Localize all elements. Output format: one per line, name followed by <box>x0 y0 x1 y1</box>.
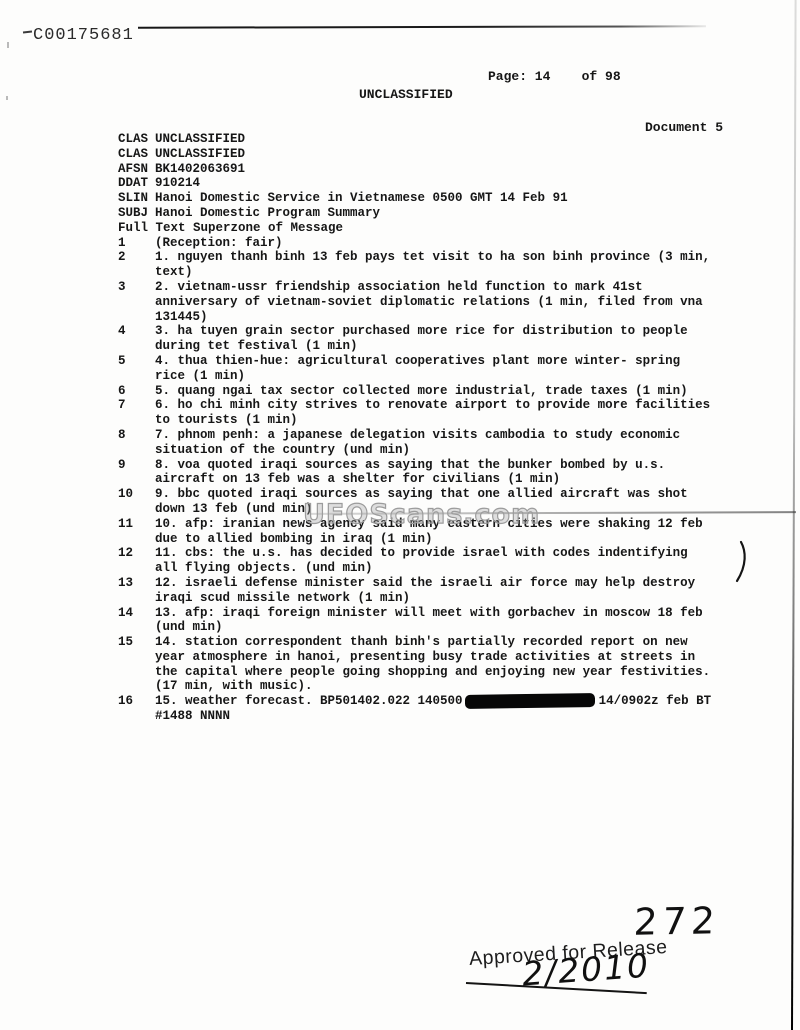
field-row: DDAT 910214 <box>118 176 718 191</box>
item-text: 13. afp: iraqi foreign minister will mee… <box>155 606 718 636</box>
scan-speck <box>7 42 9 48</box>
classification-label: UNCLASSIFIED <box>359 87 453 102</box>
field-label: CLAS <box>118 147 155 162</box>
superzone-item: 15 14. station correspondent thanh binh'… <box>118 635 718 694</box>
item-number: 2 <box>118 250 155 280</box>
item-number: 11 <box>118 517 155 547</box>
field-value: Hanoi Domestic Program Summary <box>155 206 718 221</box>
item-text: 11. cbs: the u.s. has decided to provide… <box>155 546 718 576</box>
field-value: Hanoi Domestic Service in Vietnamese 050… <box>155 191 718 206</box>
superzone-item: 2 1. nguyen thanh binh 13 feb pays tet v… <box>118 250 718 280</box>
document-id: C00175681 <box>33 26 134 45</box>
item-text: 4. thua thien-hue: agricultural cooperat… <box>155 354 718 384</box>
field-row: SLIN Hanoi Domestic Service in Vietnames… <box>118 191 718 206</box>
field-row: CLAS UNCLASSIFIED <box>118 132 718 147</box>
item-number: 1 <box>118 236 155 251</box>
field-label: SUBJ <box>118 206 155 221</box>
superzone-item: 8 7. phnom penh: a japanese delegation v… <box>118 428 718 458</box>
superzone-item: 1 (Reception: fair) <box>118 236 718 251</box>
superzone-item: 5 4. thua thien-hue: agricultural cooper… <box>118 354 718 384</box>
overline-mark <box>23 31 32 34</box>
superzone-item: 6 5. quang ngai tax sector collected mor… <box>118 384 718 399</box>
item-number: 6 <box>118 384 155 399</box>
item-number: 3 <box>118 280 155 324</box>
item-number: 7 <box>118 398 155 428</box>
superzone-item: 14 13. afp: iraqi foreign minister will … <box>118 606 718 636</box>
item-number: 5 <box>118 354 155 384</box>
item-text: 12. israeli defense minister said the is… <box>155 576 718 606</box>
superzone-item: 4 3. ha tuyen grain sector purchased mor… <box>118 324 718 354</box>
item-number: 14 <box>118 606 155 636</box>
item-number: 13 <box>118 576 155 606</box>
item-text: 15. weather forecast. BP501402.022 14050… <box>155 694 718 724</box>
message-body: CLAS UNCLASSIFIED CLAS UNCLASSIFIED AFSN… <box>118 132 718 724</box>
item-text: 3. ha tuyen grain sector purchased more … <box>155 324 718 354</box>
field-row: SUBJ Hanoi Domestic Program Summary <box>118 206 718 221</box>
scan-edge-line <box>791 0 797 1030</box>
item-text: 7. phnom penh: a japanese delegation vis… <box>155 428 718 458</box>
item-number: 16 <box>118 694 155 724</box>
page-number-label: Page: 14 of 98 <box>488 69 621 84</box>
top-horizontal-rule <box>138 25 706 28</box>
watermark-text: UFOScans.com <box>303 499 540 530</box>
field-label: CLAS <box>118 132 155 147</box>
item-number: 12 <box>118 546 155 576</box>
superzone-header: Full Text Superzone of Message <box>118 221 718 236</box>
item-text: 8. voa quoted iraqi sources as saying th… <box>155 458 718 488</box>
superzone-item: 7 6. ho chi minh city strives to renovat… <box>118 398 718 428</box>
field-row: CLAS UNCLASSIFIED <box>118 147 718 162</box>
item-number: 4 <box>118 324 155 354</box>
superzone-item: 12 11. cbs: the u.s. has decided to prov… <box>118 546 718 576</box>
item-text: 5. quang ngai tax sector collected more … <box>155 384 718 399</box>
field-label: SLIN <box>118 191 155 206</box>
scan-speck <box>6 96 8 100</box>
field-value: 910214 <box>155 176 718 191</box>
field-label: AFSN <box>118 162 155 177</box>
item-text: 2. vietnam-ussr friendship association h… <box>155 280 718 324</box>
scanned-document-page: C00175681 Page: 14 of 98 UNCLASSIFIED Do… <box>0 0 800 1030</box>
field-value: BK1402063691 <box>155 162 718 177</box>
field-value: UNCLASSIFIED <box>155 132 718 147</box>
item-number: 15 <box>118 635 155 694</box>
superzone-item-redacted: 16 15. weather forecast. BP501402.022 14… <box>118 694 718 724</box>
item-number: 10 <box>118 487 155 517</box>
item-text: 1. nguyen thanh binh 13 feb pays tet vis… <box>155 250 718 280</box>
superzone-item: 9 8. voa quoted iraqi sources as saying … <box>118 458 718 488</box>
item-text: 6. ho chi minh city strives to renovate … <box>155 398 718 428</box>
item-text-before-redaction: 15. weather forecast. BP501402.022 14050… <box>155 694 463 708</box>
field-label: DDAT <box>118 176 155 191</box>
superzone-item: 3 2. vietnam-ussr friendship association… <box>118 280 718 324</box>
item-number: 8 <box>118 428 155 458</box>
field-row: AFSN BK1402063691 <box>118 162 718 177</box>
field-value: UNCLASSIFIED <box>155 147 718 162</box>
item-text: 14. station correspondent thanh binh's p… <box>155 635 718 694</box>
superzone-item: 13 12. israeli defense minister said the… <box>118 576 718 606</box>
handwritten-pen-stroke <box>728 539 754 590</box>
redaction-bar <box>465 693 595 709</box>
item-number: 9 <box>118 458 155 488</box>
item-text: (Reception: fair) <box>155 236 718 251</box>
